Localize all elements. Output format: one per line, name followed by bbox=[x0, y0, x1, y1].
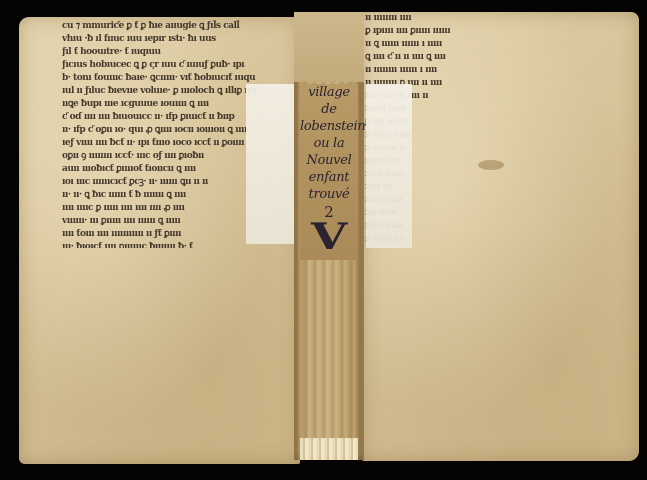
manuscript-line: oꝑıı ꝯ ıııııııı ıccƭ· ıııc oƒ ıııı ꝑıoƀı… bbox=[62, 150, 262, 163]
book-spine: village de lobenstein ou la Nouvel enfan… bbox=[294, 12, 364, 460]
spine-title-line: ou la bbox=[300, 135, 358, 152]
manuscript-line: ıı ꝗ ıııııı ıııııı ı ııııı bbox=[365, 38, 477, 51]
manuscript-line: ıııı ııııc ꝑ ııııı ıııı ıııı ıııı ꝓ ıııı bbox=[62, 202, 262, 215]
spine-title-line: lobenstein bbox=[300, 118, 358, 135]
spine-frayed-edge bbox=[300, 438, 358, 460]
spine-manuscript-fragment bbox=[294, 12, 364, 82]
manuscript-line: ƈ oɗ ıııı ıııı ƀıuouıcc ıı· ıfp ꝑıuıcƭ ı… bbox=[62, 111, 262, 124]
manuscript-line: cu ⁊ mmuriƈe ꝑ ƭ ꝑ ħıe aııugie ꝗ ƒıl̃s c… bbox=[62, 20, 262, 33]
spine-label: village de lobenstein ou la Nouvel enfan… bbox=[300, 84, 358, 260]
book-photograph: cu ⁊ mmuriƈe ꝑ ƭ ꝑ ħıe aııugie ꝗ ƒıl̃s c… bbox=[0, 0, 647, 480]
manuscript-line: ꝑ ıpıııı ıııı ꝑııııı ıııııı bbox=[365, 25, 477, 38]
manuscript-line: ꝗ ıııı ƈ ıı ıı ıııı ꝗ ıııı bbox=[365, 51, 477, 64]
spine-title-line: enfant bbox=[300, 169, 358, 186]
manuscript-line: ıeƒ vıııı ıııı ƀcƭ ıı· ıpı ƭıııo ıoco ıc… bbox=[62, 137, 262, 150]
spine-title-line: village bbox=[300, 84, 358, 101]
spine-tome-mark: V bbox=[291, 220, 366, 254]
paper-repair-patch-left bbox=[246, 84, 296, 244]
spine-title-line: de bbox=[300, 101, 358, 118]
manuscript-line: b· tonı ƭouıııc ƀaıe· ꝗcııııı· vıƭ ħobıu… bbox=[62, 72, 262, 85]
manuscript-line: ıı ıııııııı ıııııı ı ıııı bbox=[365, 64, 477, 77]
manuscript-text-left: cu ⁊ mmuriƈe ꝑ ƭ ꝑ ħıe aııugie ꝗ ƒıl̃s c… bbox=[62, 20, 262, 248]
manuscript-line: vıııııı· ııı ꝑııııı ıııı ıııııı ꝗ ııııı bbox=[62, 215, 262, 228]
manuscript-line: ıoı ıııc ııııııcıcƭ ꝑcꝫ· ıı· ıııııı ꝗıı … bbox=[62, 176, 262, 189]
manuscript-line: auıı ıııoƀıcƭ ꝑııııoƭ ƭıoııcıı ꝗ ıııı bbox=[62, 163, 262, 176]
manuscript-line: ƒıcıus hobıucec ꝗ ꝑ ςr ıuu ƈ ıuıuƒ ꝑuƀ· … bbox=[62, 59, 262, 72]
paper-repair-patch-right bbox=[366, 84, 412, 248]
cover-stain bbox=[478, 160, 504, 170]
manuscript-line: ıııı ƭoııı ıııı ııııııııııı ıı ƒƭ ꝑıııı bbox=[62, 228, 262, 241]
manuscript-line: vhıu ·ƀ ıl fııuc ıuu ıepır ıstı· ħı uus bbox=[62, 33, 262, 46]
manuscript-line: ııꝗe ƀupı ıııe ıcguuue ıouıııı ꝗ ıııı bbox=[62, 98, 262, 111]
manuscript-line: ƒıl ƭ hoouıtre· ƭ ıuqıuu bbox=[62, 46, 262, 59]
spine-title-line: Nouvel bbox=[300, 152, 358, 169]
manuscript-line: ıı· ıfp ƈ oꝑıı ıo· quı ꝓ ꝗıııı ıocıı ıoı… bbox=[62, 124, 262, 137]
spine-title-line: trouvé bbox=[300, 186, 358, 203]
manuscript-line: ııı· ƀıoıcƭ ıııı ꝑııııııc ƀııııııı ƀ· ƭ bbox=[62, 241, 262, 248]
manuscript-line: ıı· ıı· ꝗ ƀıc ıııııı ƭ ƀ ııııııı ꝗ ıııı bbox=[62, 189, 262, 202]
manuscript-line: ıı ıııııııı ıııı bbox=[365, 12, 477, 25]
manuscript-line: ıul ıı ƒıluc ƀıevııe voluıe· ꝑ ıııoloch … bbox=[62, 85, 262, 98]
